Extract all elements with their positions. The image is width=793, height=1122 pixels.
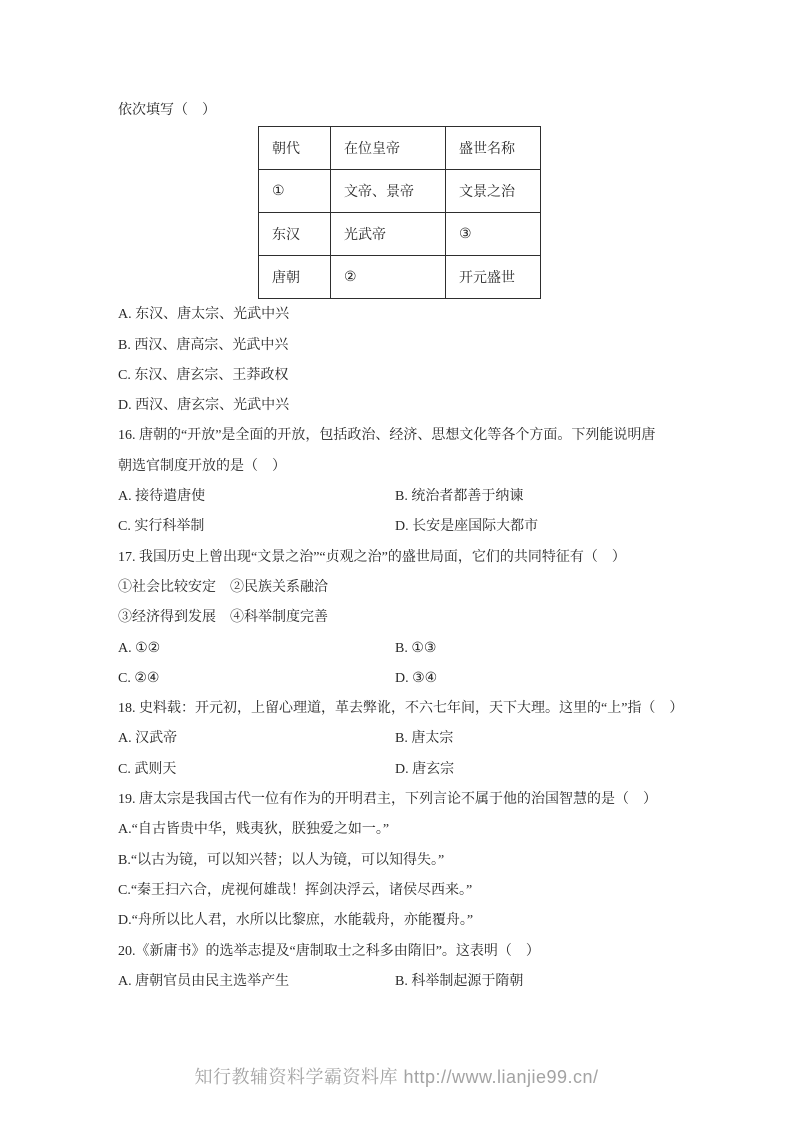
table-header-emperor: 在位皇帝: [331, 127, 446, 170]
exam-page: { "page": { "footer": "知行教辅资料学霸资料库 http:…: [0, 0, 793, 1122]
q17-sub-items-1: ①社会比较安定 ②民族关系融洽: [118, 573, 738, 603]
q19-option-d: D.“舟所以比人君，水所以比黎庶，水能载舟，亦能覆舟。”: [118, 906, 738, 936]
q20-options-row1: A. 唐朝官员由民主选举产生 B. 科举制起源于隋朝: [118, 967, 738, 997]
table-cell: ②: [331, 256, 446, 299]
table-row: ① 文帝、景帝 文景之治: [259, 170, 541, 213]
question-20-text: 20.《新庸书》的选举志提及“唐制取士之科多由隋旧”。这表明（ ）: [118, 937, 738, 967]
question-16-text-line2: 朝选官制度开放的是（ ）: [118, 452, 738, 482]
q18-option-d: D. 唐玄宗: [395, 755, 738, 785]
table-row: 东汉 光武帝 ③: [259, 213, 541, 256]
table-header-row: 朝代 在位皇帝 盛世名称: [259, 127, 541, 170]
q17-option-c: C. ②④: [118, 664, 395, 694]
table-cell: 唐朝: [259, 256, 331, 299]
table-cell: 开元盛世: [446, 256, 541, 299]
question-15-prompt: 依次填写（ ）: [118, 96, 738, 126]
q18-option-c: C. 武则天: [118, 755, 395, 785]
q16-options-row2: C. 实行科举制 D. 长安是座国际大都市: [118, 512, 738, 542]
question-16-text-line1: 16. 唐朝的“开放”是全面的开放，包括政治、经济、思想文化等各个方面。下列能说…: [118, 421, 738, 451]
table-header-dynasty: 朝代: [259, 127, 331, 170]
question-18-text: 18. 史料载：开元初，上留心理道，革去弊讹，不六七年间，天下大理。这里的“上”…: [118, 694, 738, 724]
q19-option-a: A.“自古皆贵中华，贱夷狄，朕独爱之如一。”: [118, 815, 738, 845]
q16-option-b: B. 统治者都善于纳谏: [395, 482, 738, 512]
q16-option-d: D. 长安是座国际大都市: [395, 512, 738, 542]
q16-option-c: C. 实行科举制: [118, 512, 395, 542]
table-header-era: 盛世名称: [446, 127, 541, 170]
table-cell: 光武帝: [331, 213, 446, 256]
q17-option-a: A. ①②: [118, 634, 395, 664]
q15-option-b: B. 西汉、唐高宗、光武中兴: [118, 331, 738, 361]
table-cell: ①: [259, 170, 331, 213]
q17-options-row1: A. ①② B. ①③: [118, 634, 738, 664]
q20-option-b: B. 科举制起源于隋朝: [395, 967, 738, 997]
footer-credit: 知行教辅资料学霸资料库 http://www.lianjie99.cn/: [0, 1063, 793, 1089]
q16-options-row1: A. 接待遣唐使 B. 统治者都善于纳谏: [118, 482, 738, 512]
q18-option-a: A. 汉武帝: [118, 724, 395, 754]
q19-option-c: C.“秦王扫六合，虎视何雄哉！挥剑决浮云，诸侯尽西来。”: [118, 876, 738, 906]
q15-option-d: D. 西汉、唐玄宗、光武中兴: [118, 391, 738, 421]
dynasty-table: 朝代 在位皇帝 盛世名称 ① 文帝、景帝 文景之治 东汉 光武帝 ③ 唐朝 ② …: [258, 126, 541, 299]
question-17-text: 17. 我国历史上曾出现“文景之治”“贞观之治”的盛世局面，它们的共同特征有（ …: [118, 543, 738, 573]
q19-option-b: B.“以古为镜，可以知兴替；以人为镜，可以知得失。”: [118, 846, 738, 876]
q17-option-d: D. ③④: [395, 664, 738, 694]
q20-option-a: A. 唐朝官员由民主选举产生: [118, 967, 395, 997]
q18-option-b: B. 唐太宗: [395, 724, 738, 754]
q17-option-b: B. ①③: [395, 634, 738, 664]
table-cell: 文帝、景帝: [331, 170, 446, 213]
table-cell: ③: [446, 213, 541, 256]
table-cell: 东汉: [259, 213, 331, 256]
q15-option-a: A. 东汉、唐太宗、光武中兴: [118, 300, 738, 330]
question-19-text: 19. 唐太宗是我国古代一位有作为的开明君主，下列言论不属于他的治国智慧的是（ …: [118, 785, 738, 815]
q15-option-c: C. 东汉、唐玄宗、王莽政权: [118, 361, 738, 391]
table-row: 唐朝 ② 开元盛世: [259, 256, 541, 299]
q16-option-a: A. 接待遣唐使: [118, 482, 395, 512]
q18-options-row2: C. 武则天 D. 唐玄宗: [118, 755, 738, 785]
q18-options-row1: A. 汉武帝 B. 唐太宗: [118, 724, 738, 754]
table-cell: 文景之治: [446, 170, 541, 213]
q17-options-row2: C. ②④ D. ③④: [118, 664, 738, 694]
exam-body: 依次填写（ ） 朝代 在位皇帝 盛世名称 ① 文帝、景帝 文景之治 东汉 光武帝…: [118, 96, 738, 997]
q17-sub-items-2: ③经济得到发展 ④科举制度完善: [118, 603, 738, 633]
